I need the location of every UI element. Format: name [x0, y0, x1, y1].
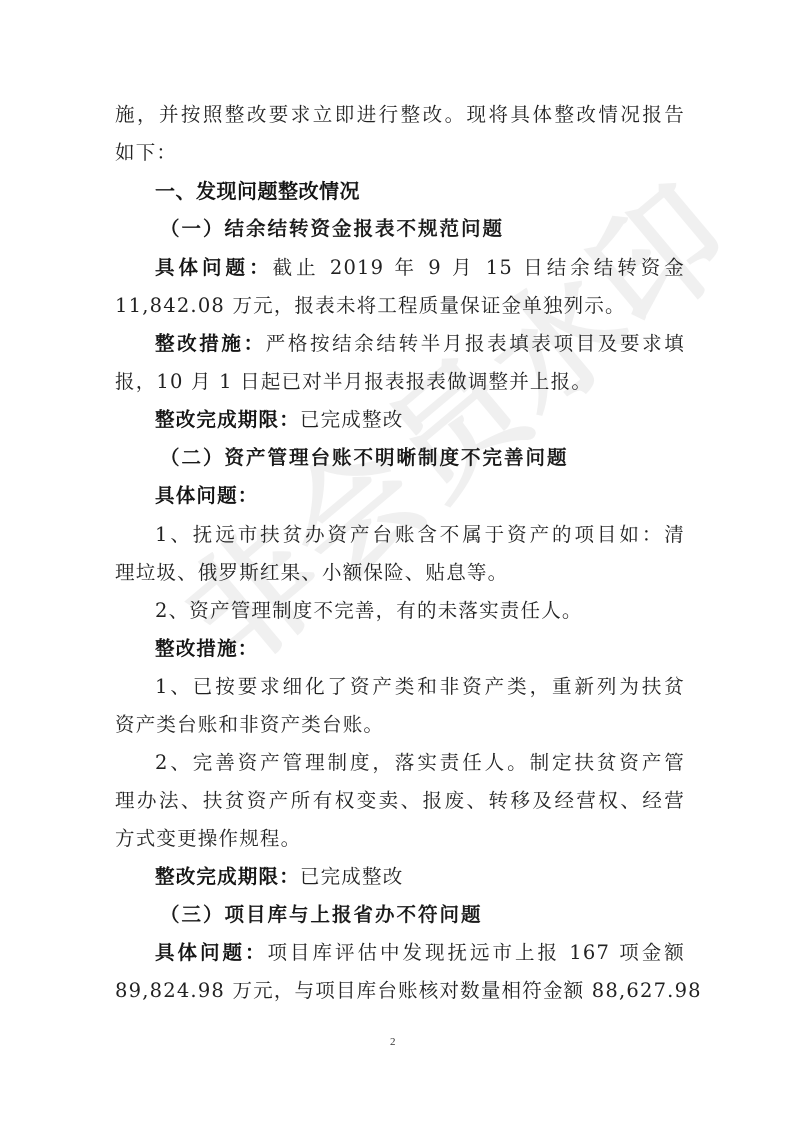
- paragraph-line: 具体问题：项目库评估中发现抚远市上报 167 项金额: [155, 941, 685, 965]
- paragraph-line: 整改完成期限：已完成整改: [155, 865, 685, 889]
- paragraph-line: 11,842.08 万元，报表未将工程质量保证金单独列示。: [115, 294, 685, 318]
- label-completion-deadline: 整改完成期限：: [155, 408, 300, 431]
- paragraph-line: 1、已按要求细化了资产类和非资产类，重新列为扶贫: [155, 675, 685, 699]
- line-text: 已完成整改: [300, 408, 404, 431]
- label-corrective-measures: 整改措施：: [155, 637, 259, 660]
- document-body: 施，并按照整改要求立即进行整改。现将具体整改情况报告 如下： 一、发现问题整改情…: [0, 0, 793, 1122]
- paragraph-line: 整改完成期限：已完成整改: [155, 408, 685, 432]
- paragraph-line: 具体问题：截止 2019 年 9 月 15 日结余结转资金: [155, 256, 685, 280]
- paragraph-line: 2、完善资产管理制度，落实责任人。制定扶贫资产管: [155, 751, 685, 775]
- subsection-heading: （二）资产管理台账不明晰制度不完善问题: [160, 446, 730, 470]
- label-specific-issue: 具体问题：: [155, 484, 259, 507]
- paragraph-line: 理垃圾、俄罗斯红果、小额保险、贴息等。: [115, 561, 685, 585]
- document-page: 非会员水印 施，并按照整改要求立即进行整改。现将具体整改情况报告 如下： 一、发…: [0, 0, 793, 1122]
- paragraph-line: 报，10 月 1 日起已对半月报表报表做调整并上报。: [115, 370, 685, 394]
- subsection-heading: （一）结余结转资金报表不规范问题: [160, 217, 730, 241]
- page-number: 2: [390, 1036, 396, 1048]
- paragraph-line: 整改措施：: [155, 637, 685, 661]
- line-text: 项目库评估中发现抚远市上报 167 项金额: [268, 941, 685, 964]
- line-text: 已完成整改: [300, 865, 404, 888]
- paragraph-line: 整改措施：严格按结余结转半月报表填表项目及要求填: [155, 332, 685, 356]
- paragraph-line: 89,824.98 万元，与项目库台账核对数量相符金额 88,627.98: [115, 979, 685, 1003]
- paragraph-line: 方式变更操作规程。: [115, 827, 685, 851]
- label-specific-issue: 具体问题：: [155, 941, 268, 964]
- paragraph-line: 理办法、扶贫资产所有权变卖、报废、转移及经营权、经营: [115, 789, 685, 813]
- paragraph-line: 资产类台账和非资产类台账。: [115, 713, 685, 737]
- paragraph-line: 2、资产管理制度不完善，有的未落实责任人。: [155, 599, 685, 623]
- paragraph-line: 如下：: [115, 141, 685, 165]
- label-completion-deadline: 整改完成期限：: [155, 865, 300, 888]
- line-text: 严格按结余结转半月报表填表项目及要求填: [266, 332, 685, 355]
- label-corrective-measures: 整改措施：: [155, 332, 266, 355]
- line-text: 截止 2019 年 9 月 15 日结余结转资金: [273, 256, 685, 279]
- paragraph-line: 1、抚远市扶贫办资产台账含不属于资产的项目如：清: [155, 523, 685, 547]
- section-heading: 一、发现问题整改情况: [155, 179, 685, 203]
- paragraph-line: 具体问题：: [155, 484, 685, 508]
- subsection-heading: （三）项目库与上报省办不符问题: [160, 903, 730, 927]
- label-specific-issue: 具体问题：: [155, 256, 273, 279]
- paragraph-line: 施，并按照整改要求立即进行整改。现将具体整改情况报告: [115, 103, 685, 127]
